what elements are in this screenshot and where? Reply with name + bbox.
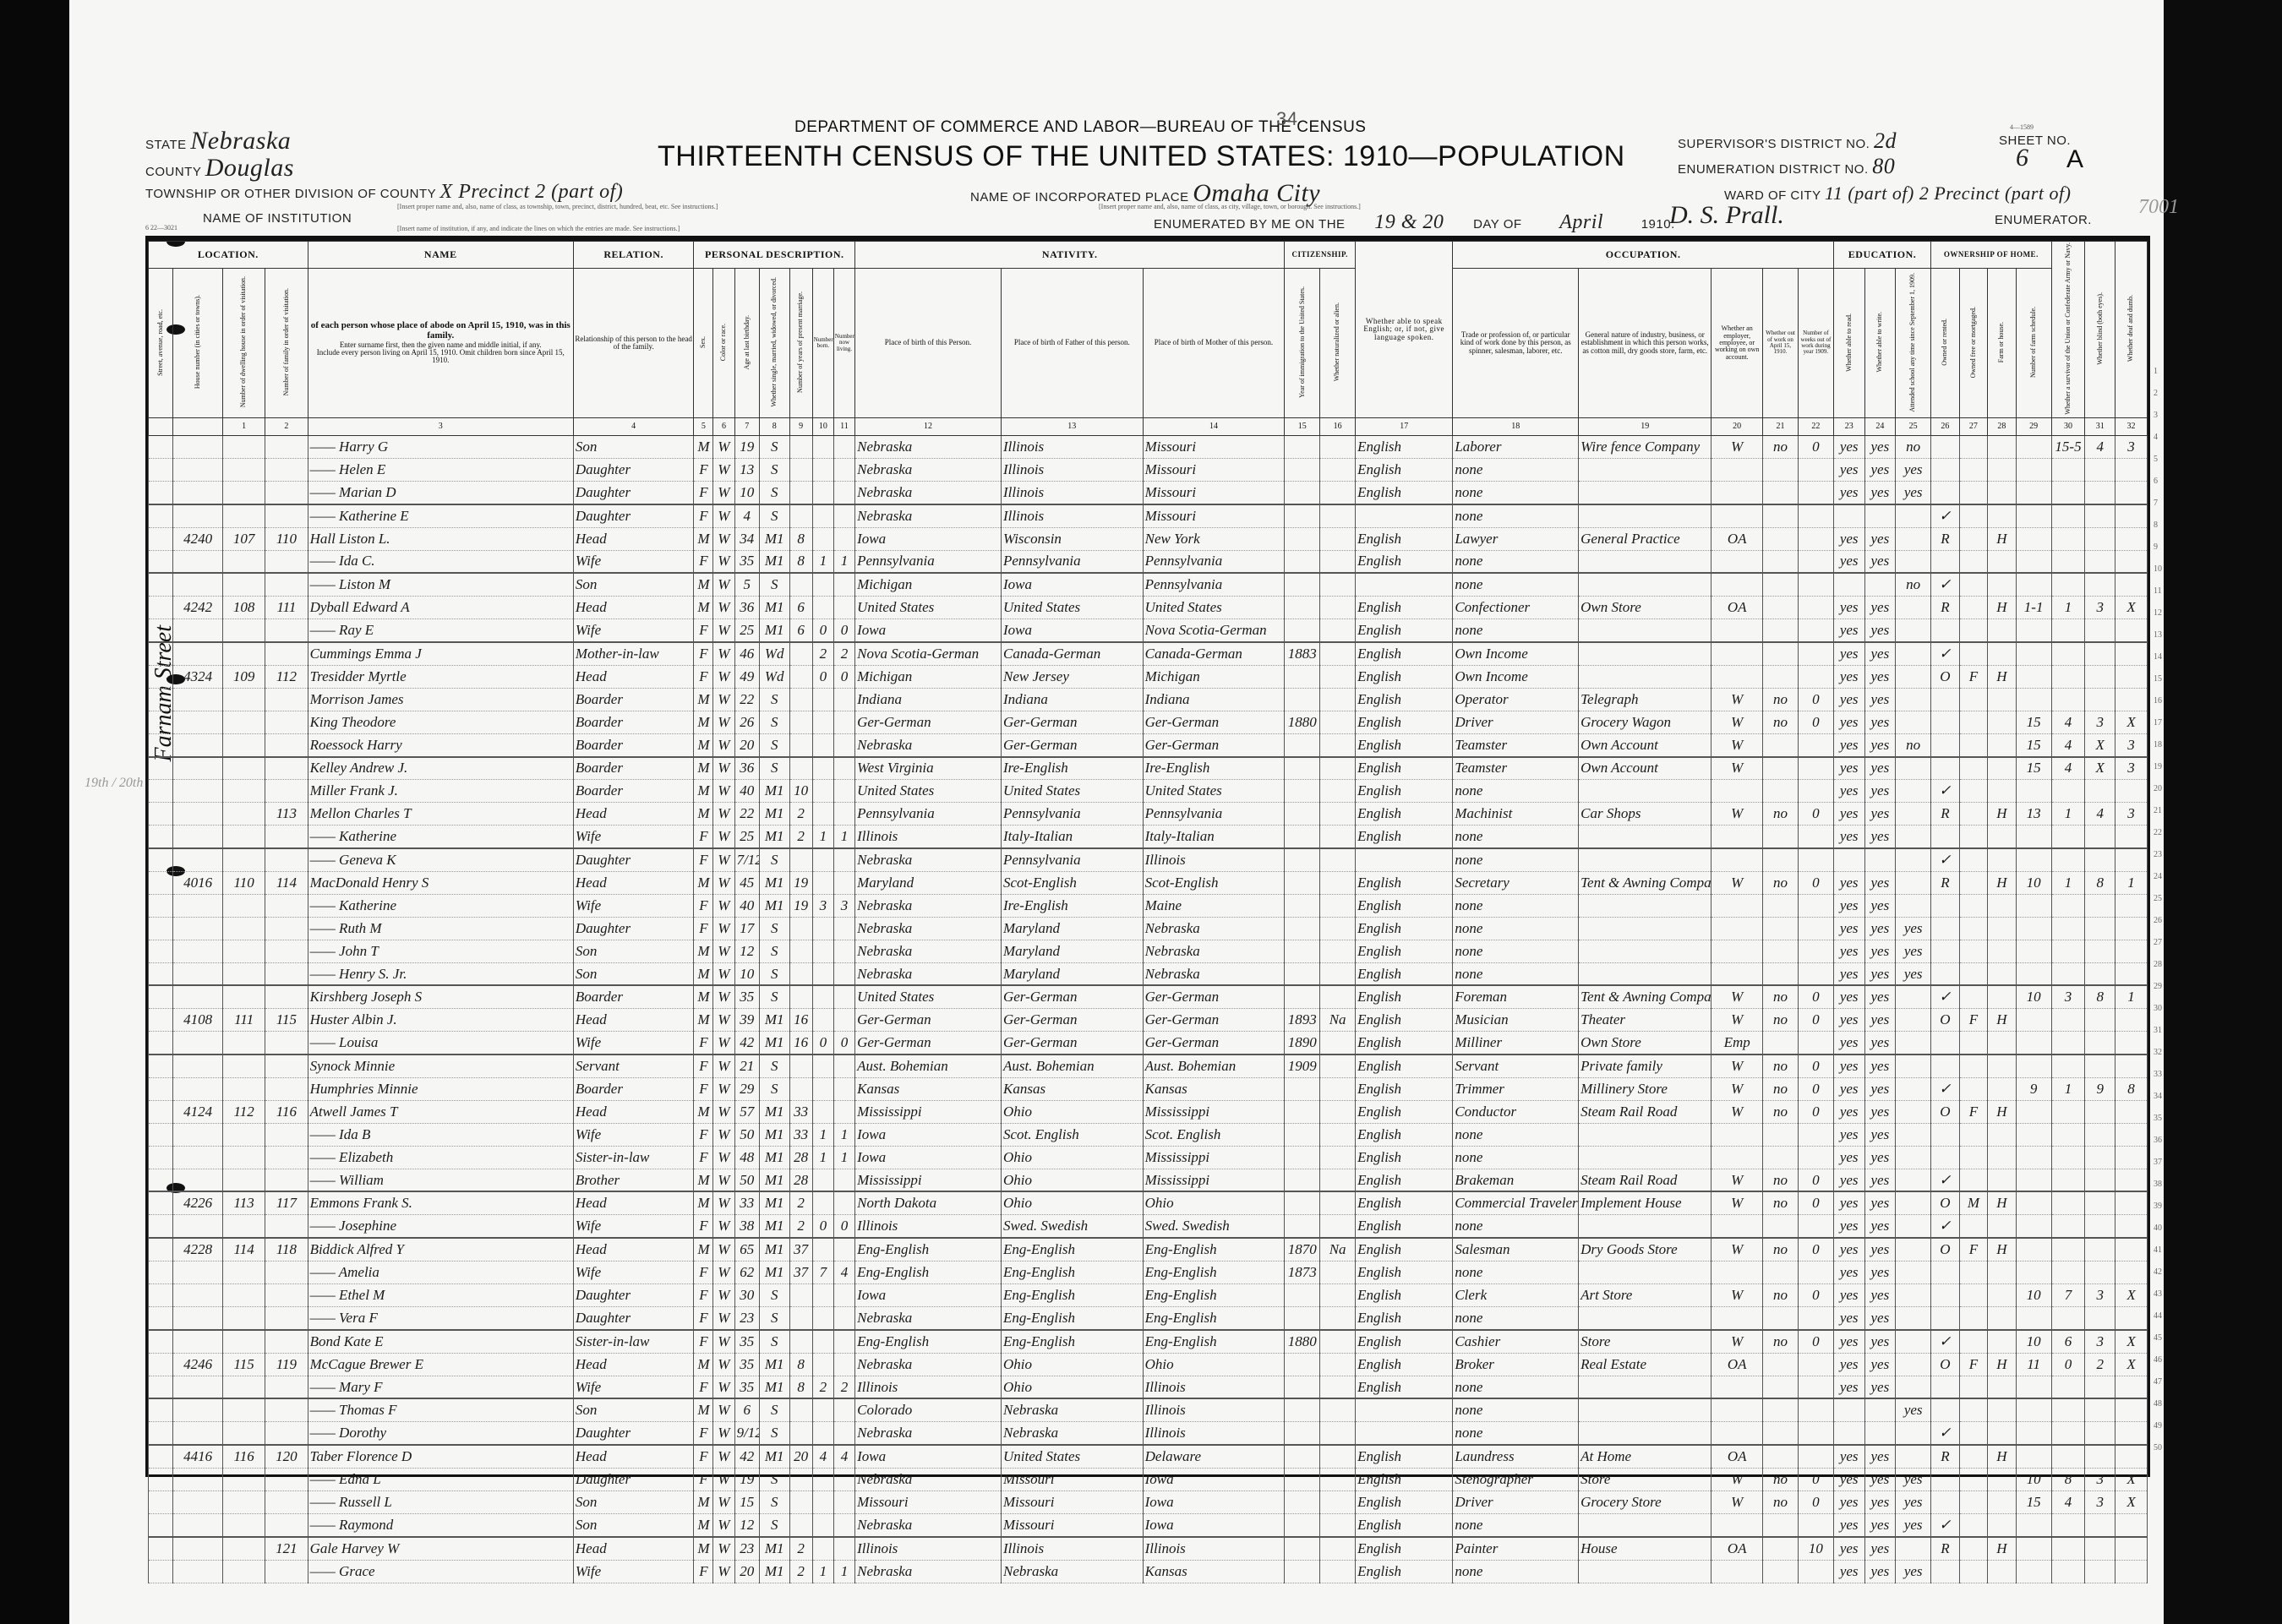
cell-emp: OA <box>1711 527 1763 550</box>
cell-yrs: 33 <box>789 1123 812 1146</box>
cell-wks <box>1798 665 1833 688</box>
line-number: 18 <box>2154 740 2162 749</box>
cell-liv <box>833 1422 854 1445</box>
cell-sex: M <box>694 733 713 756</box>
cell-fh <box>1988 940 2017 962</box>
cell-dw <box>223 962 265 985</box>
cell-fam <box>265 1284 308 1307</box>
cell-rel: Brother <box>573 1169 693 1191</box>
cell-oow <box>1763 665 1799 688</box>
cell-fam <box>265 985 308 1008</box>
cell-c31 <box>2085 481 2115 504</box>
cell-trade: Painter <box>1453 1537 1579 1560</box>
cell-oow: no <box>1763 1078 1799 1101</box>
cell-sch: yes <box>1896 962 1931 985</box>
cell-pobm: Pennsylvania <box>1143 550 1285 573</box>
cell-trade: Foreman <box>1453 985 1579 1008</box>
cell-fm <box>1959 1078 1988 1101</box>
cell-age: 4 <box>734 504 759 527</box>
table-row: —— John TSonMW12SNebraskaMarylandNebrask… <box>149 940 2148 962</box>
cell-born: 1 <box>812 550 833 573</box>
cell-wr: yes <box>1864 1055 1896 1077</box>
cell-sex: F <box>694 458 713 481</box>
cell-sex: M <box>694 1100 713 1123</box>
cell-house <box>173 1491 223 1514</box>
cell-own: ✓ <box>1931 1422 1960 1445</box>
cell-trade: none <box>1453 458 1579 481</box>
cell-fs <box>2016 826 2051 848</box>
cell-color: W <box>713 1123 734 1146</box>
cell-imm <box>1285 527 1320 550</box>
cell-lang: English <box>1356 1560 1453 1583</box>
cell-age: 35 <box>734 1376 759 1398</box>
cell-trade: Milliner <box>1453 1032 1579 1055</box>
cell-c32 <box>2115 619 2148 642</box>
cell-pob: West Virginia <box>855 757 1002 780</box>
cell-ind: Real Estate <box>1579 1353 1711 1376</box>
cell-c30 <box>2051 940 2085 962</box>
cell-imm <box>1285 1215 1320 1238</box>
cell-trade: Laundress <box>1453 1445 1579 1468</box>
cell-pob: Ger-German <box>855 1032 1002 1055</box>
cell-fm: F <box>1959 1353 1988 1376</box>
cell-lang: English <box>1356 1537 1453 1560</box>
cell-yrs: 2 <box>789 1537 812 1560</box>
cell-wr: yes <box>1864 458 1896 481</box>
cell-fm <box>1959 1560 1988 1583</box>
cell-color: W <box>713 642 734 665</box>
cell-imm <box>1285 1491 1320 1514</box>
cell-own <box>1931 436 1960 459</box>
cell-color: W <box>713 985 734 1008</box>
cell-fs: 15 <box>2016 1491 2051 1514</box>
enumeration-value: 80 <box>1872 154 1895 178</box>
cell-sex: F <box>694 826 713 848</box>
cell-pob: Mississippi <box>855 1169 1002 1191</box>
cell-yrs <box>789 504 812 527</box>
cell-rel: Boarder <box>573 688 693 711</box>
cell-yrs <box>789 573 812 596</box>
cell-imm <box>1285 573 1320 596</box>
column-number: 7 <box>734 418 759 436</box>
cell-pob: Pennsylvania <box>855 803 1002 826</box>
cell-age: 62 <box>734 1262 759 1284</box>
line-number: 19 <box>2154 762 2162 771</box>
cell-pobf: Eng-English <box>1001 1306 1143 1329</box>
cell-fm <box>1959 436 1988 459</box>
cell-oow <box>1763 962 1799 985</box>
cell-wks: 0 <box>1798 1191 1833 1214</box>
cell-age: 20 <box>734 1560 759 1583</box>
cell-name: Emmons Frank S. <box>308 1191 573 1214</box>
cell-house: 4416 <box>173 1445 223 1468</box>
cell-emp <box>1711 1262 1763 1284</box>
cell-fh: H <box>1988 1100 2017 1123</box>
cell-ind: Store <box>1579 1330 1711 1353</box>
county-field: COUNTY Douglas <box>145 154 294 183</box>
cell-yrs: 19 <box>789 872 812 895</box>
cell-born: 1 <box>812 1560 833 1583</box>
cell-lang: English <box>1356 826 1453 848</box>
cell-oow <box>1763 1032 1799 1055</box>
header-color: Color or race. <box>713 269 734 418</box>
cell-wks: 0 <box>1798 1469 1833 1491</box>
cell-fs <box>2016 1169 2051 1191</box>
cell-born <box>812 597 833 619</box>
cell-born <box>812 1009 833 1032</box>
cell-fs: 15 <box>2016 757 2051 780</box>
cell-liv: 0 <box>833 665 854 688</box>
cell-fh <box>1988 619 2017 642</box>
cell-imm <box>1285 665 1320 688</box>
header-marital: Whether single, married, widowed, or div… <box>759 269 789 418</box>
cell-st <box>149 688 173 711</box>
state-value: Nebraska <box>190 127 291 155</box>
cell-c32 <box>2115 1032 2148 1055</box>
cell-c31 <box>2085 1100 2115 1123</box>
cell-born: 1 <box>812 1123 833 1146</box>
cell-emp <box>1711 550 1763 573</box>
cell-c30 <box>2051 1306 2085 1329</box>
cell-mar: S <box>759 985 789 1008</box>
cell-name: —— Amelia <box>308 1262 573 1284</box>
cell-fs <box>2016 481 2051 504</box>
cell-sch <box>1896 619 1931 642</box>
table-row: 4228114118Biddick Alfred YHeadMW65M137En… <box>149 1238 2148 1261</box>
cell-name: Miller Frank J. <box>308 780 573 803</box>
cell-c32 <box>2115 1537 2148 1560</box>
cell-emp: W <box>1711 1191 1763 1214</box>
cell-c32 <box>2115 688 2148 711</box>
cell-ind: Grocery Store <box>1579 1491 1711 1514</box>
cell-yrs: 8 <box>789 550 812 573</box>
cell-color: W <box>713 917 734 940</box>
column-number: 13 <box>1001 418 1143 436</box>
cell-mar: S <box>759 757 789 780</box>
cell-c30 <box>2051 1376 2085 1398</box>
cell-trade: Driver <box>1453 1491 1579 1514</box>
line-number: 26 <box>2154 916 2162 925</box>
cell-lang: English <box>1356 1215 1453 1238</box>
cell-ind <box>1579 1398 1711 1421</box>
cell-oow <box>1763 597 1799 619</box>
cell-pobf: Missouri <box>1001 1513 1143 1536</box>
cell-oow <box>1763 1560 1799 1583</box>
cell-pobf: United States <box>1001 597 1143 619</box>
cell-rd: yes <box>1833 1191 1864 1214</box>
cell-wr: yes <box>1864 1491 1896 1514</box>
county-label: COUNTY <box>145 165 201 179</box>
cell-nat <box>1320 1491 1356 1514</box>
cell-rel: Boarder <box>573 757 693 780</box>
cell-sex: M <box>694 1009 713 1032</box>
cell-house <box>173 1513 223 1536</box>
cell-mar: M1 <box>759 1146 789 1169</box>
line-number: 12 <box>2154 608 2162 618</box>
cell-mar: M1 <box>759 894 789 917</box>
cell-c32 <box>2115 917 2148 940</box>
cell-pobf: New Jersey <box>1001 665 1143 688</box>
cell-fam <box>265 894 308 917</box>
cell-rel: Daughter <box>573 1422 693 1445</box>
cell-rel: Wife <box>573 826 693 848</box>
cell-fam <box>265 1398 308 1421</box>
cell-fs <box>2016 917 2051 940</box>
cell-fh: H <box>1988 1238 2017 1261</box>
header-trade: Trade or profession of, or particular ki… <box>1453 269 1579 418</box>
cell-st <box>149 1191 173 1214</box>
cell-rd: yes <box>1833 1445 1864 1468</box>
header-house: House number (in cities or towns). <box>173 269 223 418</box>
line-number: 24 <box>2154 872 2162 881</box>
cell-ind: Store <box>1579 1469 1711 1491</box>
table-row: 4226113117Emmons Frank S.HeadMW33M12Nort… <box>149 1191 2148 1214</box>
cell-rd: yes <box>1833 826 1864 848</box>
cell-wr: yes <box>1864 1169 1896 1191</box>
cell-oow <box>1763 940 1799 962</box>
cell-sex: F <box>694 550 713 573</box>
cell-dw <box>223 1146 265 1169</box>
group-occupation: OCCUPATION. <box>1453 242 1834 269</box>
cell-born <box>812 757 833 780</box>
cell-ind: Own Account <box>1579 733 1711 756</box>
cell-ind: Tent & Awning Company <box>1579 872 1711 895</box>
cell-wr: yes <box>1864 1191 1896 1214</box>
cell-oow <box>1763 894 1799 917</box>
cell-emp <box>1711 1376 1763 1398</box>
cell-own: R <box>1931 1537 1960 1560</box>
cell-own: ✓ <box>1931 1513 1960 1536</box>
cell-fam: 111 <box>265 597 308 619</box>
table-row: 4108111115Huster Albin J.HeadMW39M116Ger… <box>149 1009 2148 1032</box>
cell-rd: yes <box>1833 962 1864 985</box>
cell-yrs <box>789 1306 812 1329</box>
cell-trade: none <box>1453 1262 1579 1284</box>
cell-c30: 1 <box>2051 872 2085 895</box>
cell-st <box>149 1353 173 1376</box>
cell-fm: F <box>1959 1009 1988 1032</box>
cell-sch <box>1896 894 1931 917</box>
cell-ind: Steam Rail Road <box>1579 1169 1711 1191</box>
enumerator-name: D. S. Prall. <box>1669 201 1784 230</box>
cell-trade: none <box>1453 917 1579 940</box>
cell-sch <box>1896 1169 1931 1191</box>
cell-wks <box>1798 573 1833 596</box>
cell-name: —— Katherine E <box>308 504 573 527</box>
table-row: —— Thomas FSonMW6SColoradoNebraskaIllino… <box>149 1398 2148 1421</box>
cell-c30: 4 <box>2051 733 2085 756</box>
cell-fh <box>1988 1078 2017 1101</box>
cell-wks <box>1798 1146 1833 1169</box>
cell-yrs: 8 <box>789 1353 812 1376</box>
cell-emp: W <box>1711 985 1763 1008</box>
cell-yrs: 2 <box>789 1560 812 1583</box>
cell-c32 <box>2115 894 2148 917</box>
table-row: —— RaymondSonMW12SNebraskaMissouriIowaEn… <box>149 1513 2148 1536</box>
cell-rel: Daughter <box>573 917 693 940</box>
column-number: 25 <box>1896 418 1931 436</box>
cell-st <box>149 458 173 481</box>
cell-name: —— Henry S. Jr. <box>308 962 573 985</box>
cell-mar: M1 <box>759 872 789 895</box>
cell-rd <box>1833 504 1864 527</box>
scan-border-right <box>2164 0 2282 1624</box>
cell-imm <box>1285 1146 1320 1169</box>
cell-color: W <box>713 688 734 711</box>
cell-dw <box>223 1262 265 1284</box>
cell-mar: M1 <box>759 780 789 803</box>
cell-c31 <box>2085 1422 2115 1445</box>
cell-rel: Son <box>573 436 693 459</box>
cell-liv <box>833 1306 854 1329</box>
line-number: 41 <box>2154 1245 2162 1255</box>
cell-rel: Head <box>573 872 693 895</box>
cell-own <box>1931 458 1960 481</box>
cell-house <box>173 1398 223 1421</box>
cell-ind <box>1579 962 1711 985</box>
cell-liv <box>833 597 854 619</box>
cell-pob: Ger-German <box>855 1009 1002 1032</box>
cell-name: —— Raymond <box>308 1513 573 1536</box>
cell-mar: M1 <box>759 1009 789 1032</box>
cell-name: —— Grace <box>308 1560 573 1583</box>
cell-nat <box>1320 527 1356 550</box>
cell-color: W <box>713 1146 734 1169</box>
table-row: Synock MinnieServantFW21SAust. BohemianA… <box>149 1055 2148 1077</box>
cell-c30 <box>2051 1445 2085 1468</box>
cell-rel: Wife <box>573 1560 693 1583</box>
cell-c31 <box>2085 1123 2115 1146</box>
cell-pob: United States <box>855 780 1002 803</box>
cell-liv <box>833 458 854 481</box>
cell-house <box>173 733 223 756</box>
group-name: NAME <box>308 242 573 269</box>
cell-fh: H <box>1988 527 2017 550</box>
column-number: 18 <box>1453 418 1579 436</box>
cell-pobf: Ohio <box>1001 1169 1143 1191</box>
cell-mar: S <box>759 1055 789 1077</box>
cell-oow <box>1763 504 1799 527</box>
cell-pob: Nebraska <box>855 1422 1002 1445</box>
cell-liv: 1 <box>833 1123 854 1146</box>
cell-st <box>149 1330 173 1353</box>
cell-rd: yes <box>1833 1055 1864 1077</box>
cell-wks: 0 <box>1798 1284 1833 1307</box>
header-farm-house: Farm or house. <box>1988 269 2017 418</box>
state-label: STATE <box>145 138 187 152</box>
cell-name: MacDonald Henry S <box>308 872 573 895</box>
cell-wr <box>1864 848 1896 871</box>
cell-fh <box>1988 573 2017 596</box>
cell-fm <box>1959 1469 1988 1491</box>
cell-c31: 3 <box>2085 597 2115 619</box>
cell-wks <box>1798 1306 1833 1329</box>
cell-dw <box>223 1491 265 1514</box>
cell-pobm: Ger-German <box>1143 1009 1285 1032</box>
cell-wr: yes <box>1864 665 1896 688</box>
cell-yrs <box>789 848 812 871</box>
cell-c31: X <box>2085 733 2115 756</box>
cell-pob: Illinois <box>855 826 1002 848</box>
cell-liv: 1 <box>833 1146 854 1169</box>
cell-sch <box>1896 780 1931 803</box>
cell-name: Kelley Andrew J. <box>308 757 573 780</box>
cell-liv <box>833 1055 854 1077</box>
cell-fh <box>1988 1491 2017 1514</box>
cell-name: Synock Minnie <box>308 1055 573 1077</box>
cell-c31 <box>2085 962 2115 985</box>
header-weeks-out: Number of weeks out of work during year … <box>1798 269 1833 418</box>
scan-border-left <box>0 0 69 1624</box>
cell-fs <box>2016 1306 2051 1329</box>
form-code: 6 22—3021 <box>145 224 177 232</box>
cell-rel: Head <box>573 1009 693 1032</box>
line-number: 8 <box>2154 520 2158 530</box>
line-number: 39 <box>2154 1202 2162 1211</box>
header-living: Number now living. <box>833 269 854 418</box>
cell-emp: W <box>1711 1469 1763 1491</box>
cell-sex: M <box>694 1513 713 1536</box>
cell-pobf: Nebraska <box>1001 1398 1143 1421</box>
cell-fm <box>1959 985 1988 1008</box>
cell-oow <box>1763 619 1799 642</box>
cell-name: —— Ruth M <box>308 917 573 940</box>
cell-oow <box>1763 573 1799 596</box>
cell-rd: yes <box>1833 733 1864 756</box>
cell-own <box>1931 826 1960 848</box>
cell-color: W <box>713 1513 734 1536</box>
cell-pob: Nebraska <box>855 1306 1002 1329</box>
cell-pobm: Nebraska <box>1143 917 1285 940</box>
cell-c32 <box>2115 826 2148 848</box>
cell-rd <box>1833 848 1864 871</box>
line-number: 40 <box>2154 1223 2162 1233</box>
cell-name: Gale Harvey W <box>308 1537 573 1560</box>
cell-pob: Iowa <box>855 1284 1002 1307</box>
cell-own <box>1931 1306 1960 1329</box>
cell-rel: Sister-in-law <box>573 1146 693 1169</box>
cell-yrs <box>789 757 812 780</box>
cell-dw <box>223 1123 265 1146</box>
cell-pobf: Maryland <box>1001 917 1143 940</box>
cell-emp <box>1711 573 1763 596</box>
cell-trade: Teamster <box>1453 757 1579 780</box>
cell-oow <box>1763 1376 1799 1398</box>
cell-color: W <box>713 550 734 573</box>
cell-yrs: 2 <box>789 1215 812 1238</box>
cell-c32 <box>2115 1306 2148 1329</box>
cell-fam <box>265 573 308 596</box>
cell-ind <box>1579 1376 1711 1398</box>
cell-imm <box>1285 1560 1320 1583</box>
cell-imm <box>1285 550 1320 573</box>
line-number: 45 <box>2154 1333 2162 1343</box>
cell-emp <box>1711 642 1763 665</box>
cell-rel: Son <box>573 1513 693 1536</box>
cell-rel: Servant <box>573 1055 693 1077</box>
cell-ind <box>1579 642 1711 665</box>
cell-fm <box>1959 917 1988 940</box>
cell-fh <box>1988 848 2017 871</box>
cell-fam: 119 <box>265 1353 308 1376</box>
cell-dw: 107 <box>223 527 265 550</box>
cell-sex: F <box>694 1055 713 1077</box>
cell-dw <box>223 780 265 803</box>
cell-c30 <box>2051 504 2085 527</box>
institution-label: NAME OF INSTITUTION <box>203 211 352 226</box>
cell-emp <box>1711 826 1763 848</box>
cell-fh <box>1988 504 2017 527</box>
